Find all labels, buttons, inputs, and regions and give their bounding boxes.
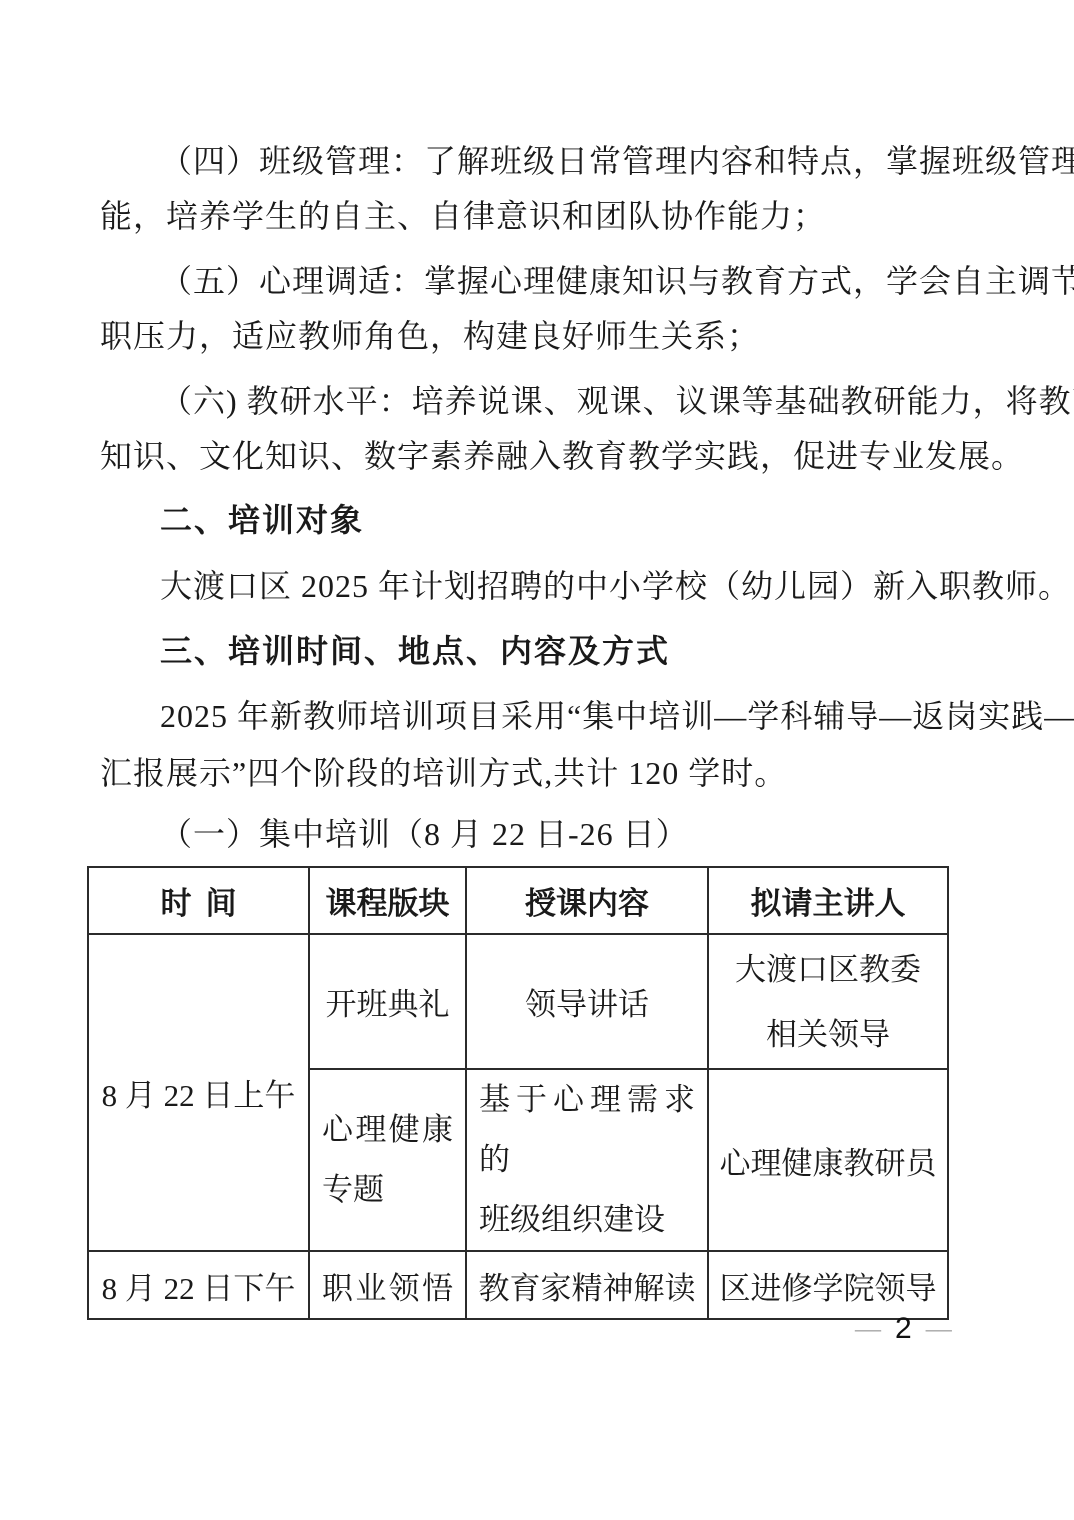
table-header-speaker: 拟请主讲人 xyxy=(708,867,948,934)
target-paragraph: 大渡口区 2025 年计划招聘的中小学校（幼儿园）新入职教师。 xyxy=(160,566,1071,606)
page-number: — 2 — xyxy=(855,1312,952,1346)
section-heading-3: 三、培训时间、地点、内容及方式 xyxy=(160,631,670,671)
item6-line2: 知识、文化知识、数字素养融入教育教学实践，促进专业发展。 xyxy=(100,436,1024,476)
item5-line1: （五）心理调适：掌握心理健康知识与教育方式，学会自主调节入 xyxy=(160,261,1074,301)
cell-speaker-education-committee: 大渡口区教委 相关领导 xyxy=(708,934,948,1069)
cell-time-aug22-morning: 8 月 22 日上午 xyxy=(88,934,309,1251)
speaker-line1: 大渡口区教委 xyxy=(709,937,947,1002)
cell-speaker-institute-leader: 区进修学院领导 xyxy=(708,1251,948,1319)
training-schedule-table: 时间 课程版块 授课内容 拟请主讲人 8 月 22 日上午 开班典礼 领导讲话 … xyxy=(87,866,949,1320)
page-number-value: 2 xyxy=(895,1312,912,1346)
speaker-line2: 相关领导 xyxy=(709,1002,947,1067)
cell-speaker-mental-health-researcher: 心理健康教研员 xyxy=(708,1069,948,1251)
document-page: （四）班级管理：了解班级日常管理内容和特点，掌握班级管理技 能，培养学生的自主、… xyxy=(0,0,1074,1520)
table-header-time-label: 时间 xyxy=(161,886,251,921)
subheading-1: （一）集中培训（8 月 22 日-26 日） xyxy=(160,814,689,854)
table-header-module-label: 课程版块 xyxy=(326,886,450,921)
cell-content-leader-speech: 领导讲话 xyxy=(466,934,708,1069)
table-header-time: 时间 xyxy=(88,867,309,934)
table-header-content-label: 授课内容 xyxy=(525,886,649,921)
cell-content-educator-spirit: 教育家精神解读 xyxy=(466,1251,708,1319)
method-paragraph-line2: 汇报展示”四个阶段的培训方式,共计 120 学时。 xyxy=(100,753,787,793)
item4-line2: 能，培养学生的自主、自律意识和团队协作能力； xyxy=(100,196,826,236)
module-line1: 心理健康 xyxy=(310,1100,465,1160)
table-header-content: 授课内容 xyxy=(466,867,708,934)
table-header-module: 课程版块 xyxy=(309,867,466,934)
table-row: 8 月 22 日下午 职业领悟 教育家精神解读 区进修学院领导 xyxy=(88,1251,948,1319)
content-line2: 班级组织建设 xyxy=(467,1190,707,1250)
module-line2: 专题 xyxy=(310,1160,465,1220)
page-number-dash-right: — xyxy=(926,1314,952,1344)
item5-line2: 职压力，适应教师角色，构建良好师生关系； xyxy=(100,316,760,356)
cell-module-opening-ceremony: 开班典礼 xyxy=(309,934,466,1069)
section-heading-2: 二、培训对象 xyxy=(160,500,364,540)
cell-content-class-building: 基于心理需求的 班级组织建设 xyxy=(466,1069,708,1251)
page-number-dash-left: — xyxy=(855,1314,881,1344)
module-label: 职业领悟 xyxy=(310,1263,465,1308)
method-paragraph-line1: 2025 年新教师培训项目采用“集中培训—学科辅导—返岗实践— xyxy=(160,696,1074,736)
content-line1: 基于心理需求的 xyxy=(467,1070,707,1190)
table-header-speaker-label: 拟请主讲人 xyxy=(751,886,906,921)
item4-line1: （四）班级管理：了解班级日常管理内容和特点，掌握班级管理技 xyxy=(160,141,1074,181)
cell-module-career-insight: 职业领悟 xyxy=(309,1251,466,1319)
cell-time-aug22-afternoon: 8 月 22 日下午 xyxy=(88,1251,309,1319)
table-row: 8 月 22 日上午 开班典礼 领导讲话 大渡口区教委 相关领导 xyxy=(88,934,948,1069)
cell-module-mental-health: 心理健康 专题 xyxy=(309,1069,466,1251)
item6-line1: （六) 教研水平：培养说课、观课、议课等基础教研能力，将教育 xyxy=(160,381,1074,421)
